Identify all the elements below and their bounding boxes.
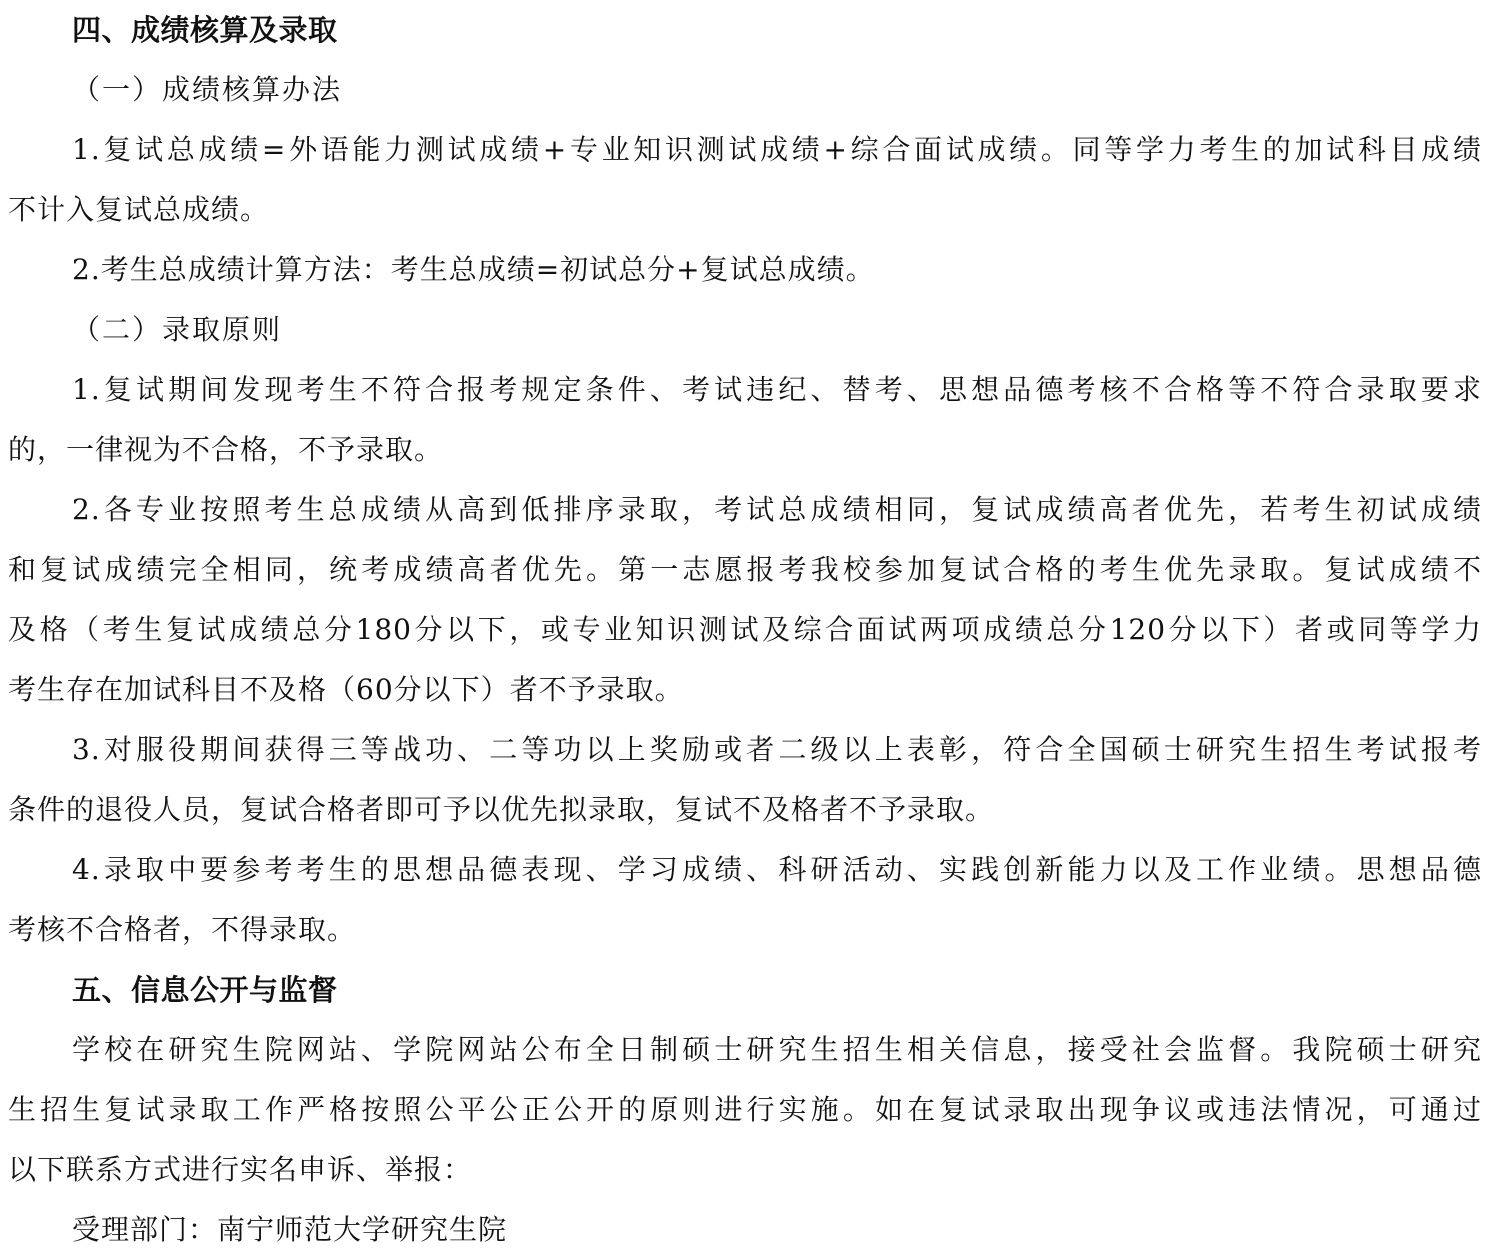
document-page: 四、成绩核算及录取 （一）成绩核算办法 1.复试总成绩=外语能力测试成绩+专业知… bbox=[8, 0, 1482, 1257]
section-heading-4: 四、成绩核算及录取 bbox=[8, 0, 1482, 60]
subsection-heading-scoring-method: （一）成绩核算办法 bbox=[8, 60, 1482, 120]
scoring-item-1-line-2: 不计入复试总成绩。 bbox=[8, 180, 1482, 240]
principle-2-line-2: 和复试成绩完全相同，统考成绩高者优先。第一志愿报考我校参加复试合格的考生优先录取… bbox=[8, 540, 1482, 600]
subsection-heading-admission-principles: （二）录取原则 bbox=[8, 300, 1482, 360]
disclosure-paragraph-line-3: 以下联系方式进行实名申诉、举报： bbox=[8, 1140, 1482, 1200]
section-heading-5: 五、信息公开与监督 bbox=[8, 960, 1482, 1020]
disclosure-paragraph-line-2: 生招生复试录取工作严格按照公平公正公开的原则进行实施。如在复试录取出现争议或违法… bbox=[8, 1080, 1482, 1140]
principle-4-line-1: 4.录取中要参考考生的思想品德表现、学习成绩、科研活动、实践创新能力以及工作业绩… bbox=[8, 840, 1482, 900]
principle-2-line-4: 考生存在加试科目不及格（60分以下）者不予录取。 bbox=[8, 660, 1482, 720]
principle-4-line-2: 考核不合格者，不得录取。 bbox=[8, 900, 1482, 960]
contact-department: 受理部门：南宁师范大学研究生院 bbox=[8, 1200, 1482, 1257]
principle-2-line-1: 2.各专业按照考生总成绩从高到低排序录取，考试总成绩相同，复试成绩高者优先，若考… bbox=[8, 480, 1482, 540]
principle-3-line-2: 条件的退役人员，复试合格者即可予以优先拟录取，复试不及格者不予录取。 bbox=[8, 780, 1482, 840]
principle-1-line-1: 1.复试期间发现考生不符合报考规定条件、考试违纪、替考、思想品德考核不合格等不符… bbox=[8, 360, 1482, 420]
scoring-item-1-line-1: 1.复试总成绩=外语能力测试成绩+专业知识测试成绩+综合面试成绩。同等学力考生的… bbox=[8, 120, 1482, 180]
principle-2-line-3: 及格（考生复试成绩总分180分以下，或专业知识测试及综合面试两项成绩总分120分… bbox=[8, 600, 1482, 660]
principle-1-line-2: 的，一律视为不合格，不予录取。 bbox=[8, 420, 1482, 480]
principle-3-line-1: 3.对服役期间获得三等战功、二等功以上奖励或者二级以上表彰，符合全国硕士研究生招… bbox=[8, 720, 1482, 780]
disclosure-paragraph-line-1: 学校在研究生院网站、学院网站公布全日制硕士研究生招生相关信息，接受社会监督。我院… bbox=[8, 1020, 1482, 1080]
scoring-item-2-line-1: 2.考生总成绩计算方法：考生总成绩=初试总分+复试总成绩。 bbox=[8, 240, 1482, 300]
